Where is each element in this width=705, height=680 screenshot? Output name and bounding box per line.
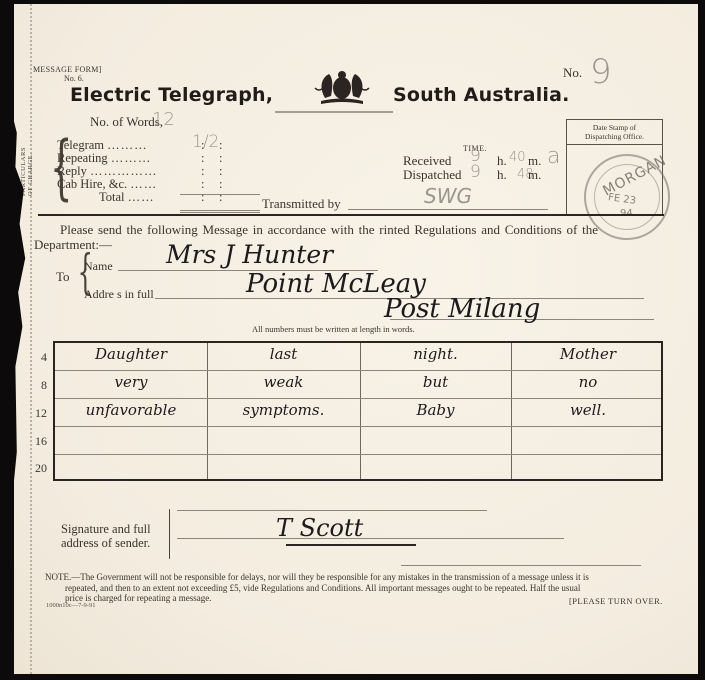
form-number: No. 6. [64,74,84,83]
total-rule-top [180,194,260,195]
message-grid: Daughter last night. Mother very weak bu… [53,341,663,481]
sender-label: Signature and full address of sender. [61,522,151,550]
dispatched-label: Dispatched [403,168,461,182]
section-divider [38,214,664,216]
recipient-name: Mrs J Hunter [166,240,333,269]
minute-labels: m.m. [528,154,541,182]
message-word: Daughter [55,345,207,363]
sender-line-1 [177,510,487,511]
transmitted-label: Transmitted by [262,196,341,212]
message-word: Mother [511,345,665,363]
address-line2-value: Post Milang [384,294,540,324]
transmitted-initials: SWG [424,184,472,208]
message-word: unfavorable [55,401,207,419]
received-minutes: 40 [509,150,526,165]
instructions-line2: Department:— [34,237,112,253]
numbers-note: All numbers must be written at length in… [252,324,415,334]
message-word: well. [511,401,665,419]
telegram-form: MESSAGE FORM] No. 6. Electric Telegraph,… [14,4,698,674]
number-value: 9 [590,52,612,92]
crest-underline [275,111,393,113]
message-word: night. [360,345,511,363]
form-id: MESSAGE FORM] [33,65,102,74]
to-label: To [56,269,70,285]
received-label: Received [403,154,461,168]
hour-labels: h.h. [497,154,507,182]
signature-underline [286,544,416,546]
name-label: Name [84,259,113,274]
message-word: weak [207,373,360,391]
title-right: South Australia. [393,84,570,106]
sender-line-2 [177,538,564,539]
transmitted-line [348,209,548,210]
row-number: 4 [33,350,47,365]
title-left: Electric Telegraph, [70,84,273,106]
row-number: 16 [33,434,47,449]
coat-of-arms-icon [307,66,377,106]
time-labels: Received Dispatched [403,154,461,182]
message-word: Baby [360,401,511,419]
perforation-edge [30,4,32,674]
charges-list: Telegram ……… Repeating ……… Reply …………… C… [57,139,157,204]
message-word: symptoms. [207,401,360,419]
telegram-charge-value: 1/2 [192,132,219,152]
row-number: 12 [33,406,47,421]
turn-over-note: [PLEASE TURN OVER. [569,596,663,606]
received-suffix: a [547,144,560,169]
stamp-box-header: Date Stamp of Dispatching Office. [567,120,662,145]
row-number: 8 [33,378,47,393]
sender-bracket [169,509,170,559]
row-number: 20 [33,461,47,476]
message-word: very [55,373,207,391]
words-value: 12 [152,109,175,130]
sender-line-3 [401,565,641,566]
number-label: No. [563,65,582,81]
sender-signature: T Scott [276,514,363,542]
instructions-line1: Please send the following Message in acc… [60,222,598,238]
address-label: Addre s in full [84,287,154,302]
charge-total: Total …… [57,191,157,204]
message-word: last [207,345,360,363]
dispatched-hour: 9 [470,162,481,182]
print-code: 1000n10c—7-9-91 [46,602,95,609]
message-word: no [511,373,665,391]
total-rule-bottom [180,210,260,213]
message-word: but [360,373,511,391]
